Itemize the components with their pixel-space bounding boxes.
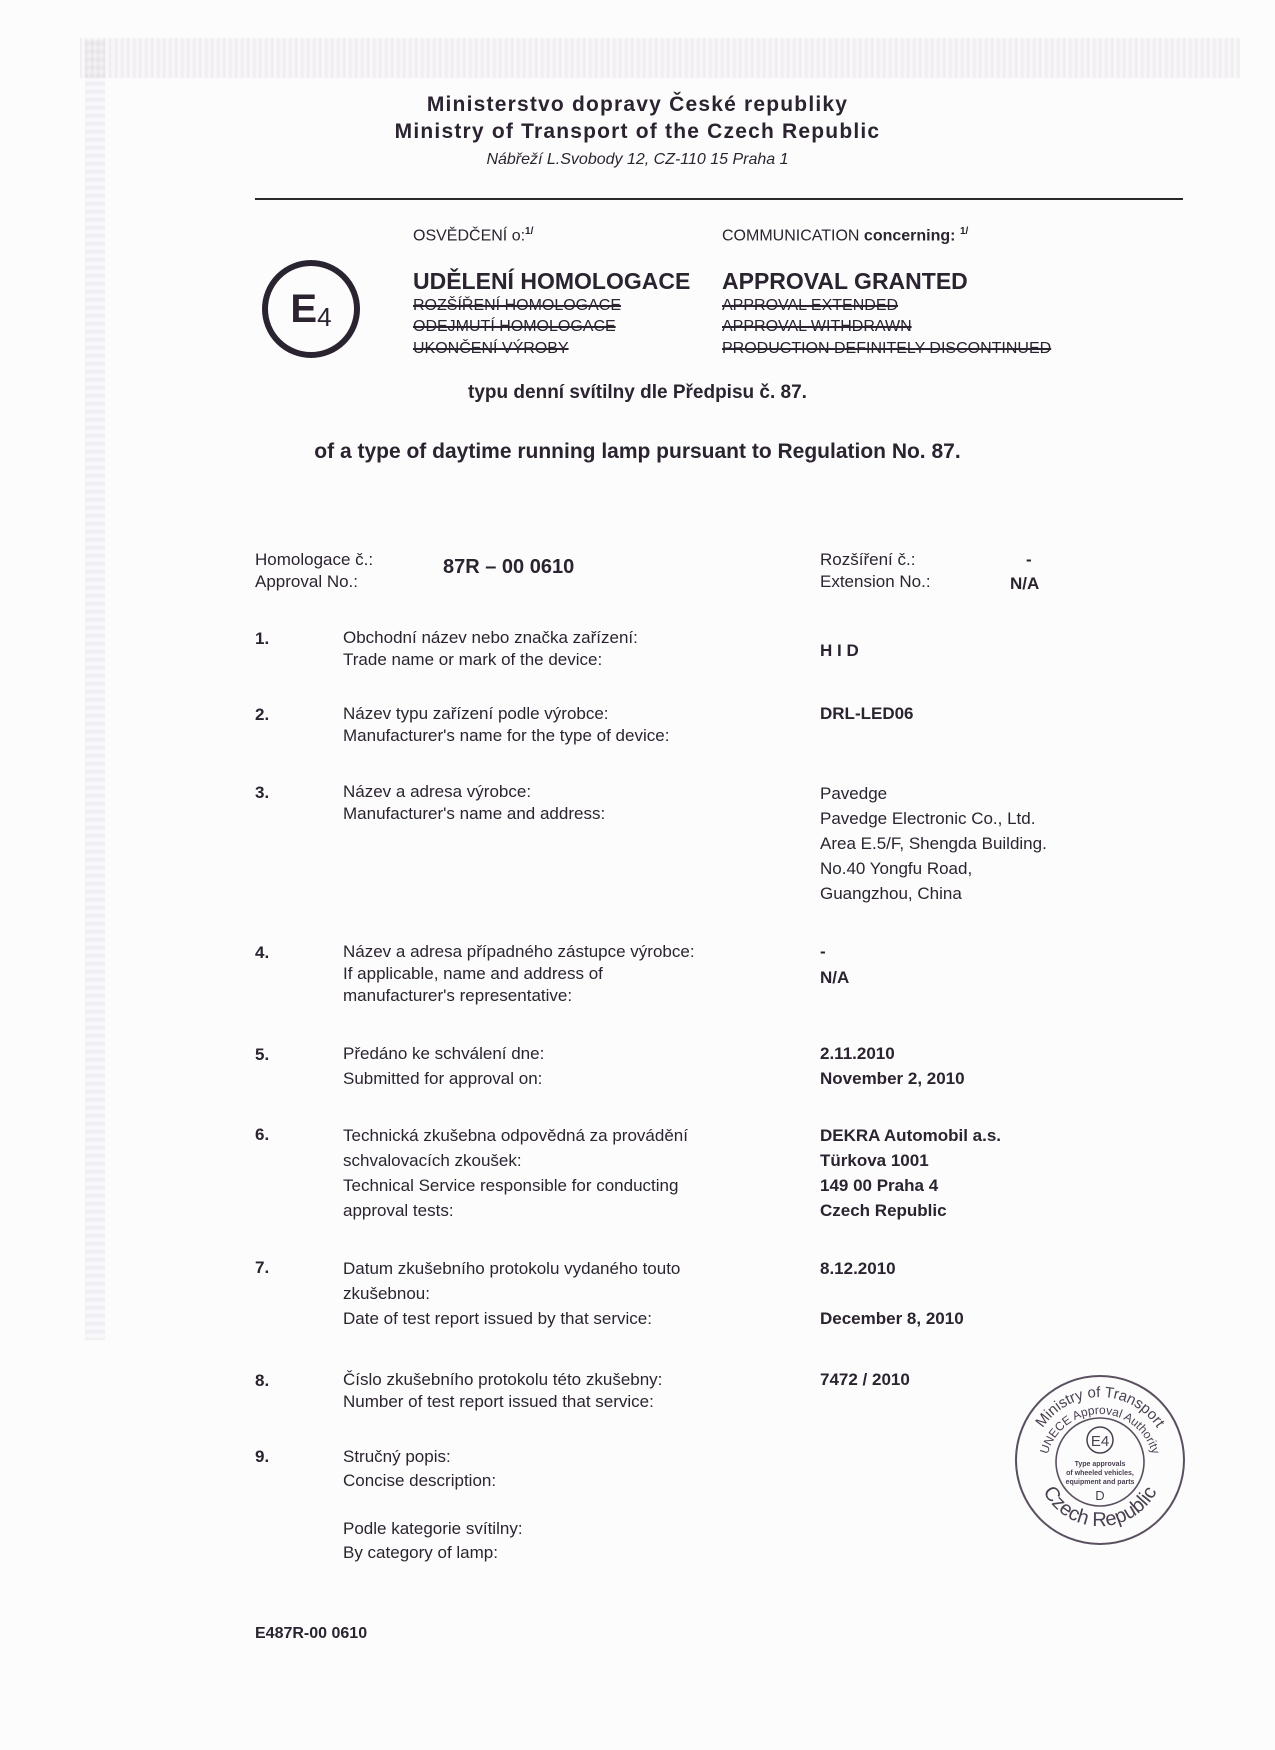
option-granted-en: APPROVAL GRANTED bbox=[722, 268, 968, 295]
option-granted-cz: UDĚLENÍ HOMOLOGACE bbox=[413, 268, 690, 295]
item-1-label: Obchodní název nebo značka zařízení:Trad… bbox=[343, 627, 638, 671]
extension-label-en: Extension No.: bbox=[820, 571, 931, 593]
option-withdrawn-en: APPROVAL WITHDRAWN bbox=[722, 318, 912, 336]
item-8-number: 8. bbox=[255, 1371, 269, 1391]
extension-value-en: N/A bbox=[1010, 573, 1039, 595]
svg-text:E4: E4 bbox=[1091, 1433, 1109, 1450]
svg-text:of wheeled vehicles,: of wheeled vehicles, bbox=[1066, 1470, 1134, 1477]
approval-label-en: Approval No.: bbox=[255, 571, 358, 593]
option-extended-cz: ROZŠÍŘENÍ HOMOLOGACE bbox=[413, 297, 621, 315]
option-discontinued-cz: UKONČENÍ VÝROBY bbox=[413, 340, 569, 358]
option-discontinued-en: PRODUCTION DEFINITELY DISCONTINUED bbox=[722, 340, 1051, 358]
item-9-number: 9. bbox=[255, 1447, 269, 1467]
item-1-number: 1. bbox=[255, 629, 269, 649]
stamp-seal-icon: Ministry of Transport UNECE Approval Aut… bbox=[1010, 1370, 1190, 1550]
svg-text:Type approvals: Type approvals bbox=[1075, 1461, 1126, 1468]
extension-value-cz: - bbox=[1026, 549, 1032, 571]
item-4-label: Název a adresa případného zástupce výrob… bbox=[343, 941, 695, 1007]
item-5-number: 5. bbox=[255, 1045, 269, 1065]
item-3-number: 3. bbox=[255, 783, 269, 803]
item-8-value: 7472 / 2010 bbox=[820, 1369, 910, 1391]
subtitle-cz: typu denní svítilny dle Předpisu č. 87. bbox=[0, 382, 1275, 404]
item-6-number: 6. bbox=[255, 1125, 269, 1145]
item-7-value: 8.12.2010December 8, 2010 bbox=[820, 1256, 964, 1331]
scan-artifact-top bbox=[80, 38, 1240, 78]
item-5-label: Předáno ke schválení dne:Submitted for a… bbox=[343, 1043, 544, 1090]
item-3-value: PavedgePavedge Electronic Co., Ltd.Area … bbox=[820, 781, 1047, 906]
scan-artifact-left bbox=[85, 40, 105, 1340]
option-extended-en: APPROVAL EXTENDED bbox=[722, 297, 898, 315]
e4-approval-mark-icon: E4 bbox=[262, 260, 360, 358]
item-3-label: Název a adresa výrobce:Manufacturer's na… bbox=[343, 781, 605, 825]
item-7-number: 7. bbox=[255, 1258, 269, 1278]
item-2-number: 2. bbox=[255, 705, 269, 725]
svg-text:D: D bbox=[1095, 1488, 1104, 1503]
item-2-label: Název typu zařízení podle výrobce:Manufa… bbox=[343, 703, 669, 747]
item-2-value: DRL-LED06 bbox=[820, 703, 914, 725]
item-4-value: -N/A bbox=[820, 941, 849, 989]
item-1-value: H I D bbox=[820, 640, 859, 662]
item-8-label: Číslo zkušebního protokolu této zkušebny… bbox=[343, 1369, 662, 1413]
subtitle-en: of a type of daytime running lamp pursua… bbox=[0, 440, 1275, 464]
item-4-number: 4. bbox=[255, 943, 269, 963]
extension-label-cz: Rozšíření č.: bbox=[820, 549, 915, 571]
header-divider bbox=[255, 198, 1183, 200]
approval-number: 87R – 00 0610 bbox=[443, 556, 574, 579]
official-stamp: Ministry of Transport UNECE Approval Aut… bbox=[1010, 1370, 1190, 1550]
ministry-title-en: Ministry of Transport of the Czech Repub… bbox=[0, 120, 1275, 144]
communication-label-cz: OSVĚDČENÍ o:1/ bbox=[413, 226, 533, 245]
communication-label-en: COMMUNICATION concerning: 1/ bbox=[722, 226, 968, 245]
footer-document-code: E487R-00 0610 bbox=[255, 1625, 367, 1643]
approval-label-cz: Homologace č.: bbox=[255, 549, 373, 571]
item-6-label: Technická zkušebna odpovědná za prováděn… bbox=[343, 1123, 688, 1223]
ministry-title-cz: Ministerstvo dopravy České republiky bbox=[0, 93, 1275, 117]
ministry-address: Nábřeží L.Svobody 12, CZ-110 15 Praha 1 bbox=[0, 151, 1275, 169]
item-5-value: 2.11.2010November 2, 2010 bbox=[820, 1043, 965, 1090]
item-9-label: Stručný popis:Concise description:Podle … bbox=[343, 1445, 523, 1565]
item-6-value: DEKRA Automobil a.s.Türkova 1001149 00 P… bbox=[820, 1123, 1001, 1223]
svg-text:equipment and parts: equipment and parts bbox=[1066, 1479, 1135, 1486]
option-withdrawn-cz: ODEJMUTÍ HOMOLOGACE bbox=[413, 318, 616, 336]
item-7-label: Datum zkušebního protokolu vydaného tout… bbox=[343, 1256, 680, 1331]
